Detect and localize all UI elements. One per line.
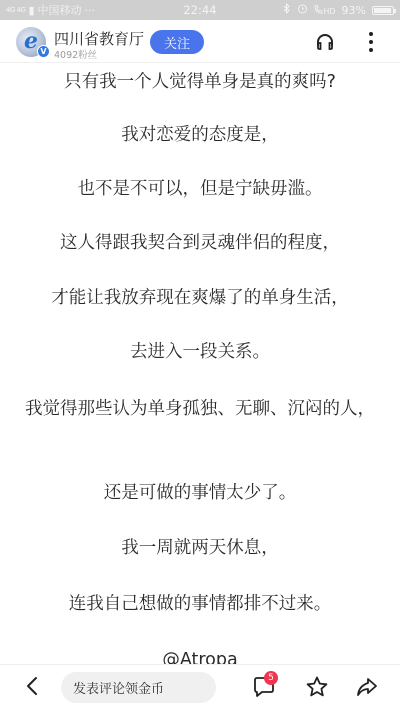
- paragraph: 还是可做的事情太少了。: [20, 480, 380, 506]
- headphones-icon[interactable]: [314, 31, 336, 53]
- battery-percent: 93%: [342, 4, 366, 17]
- avatar-logo: e: [24, 28, 38, 54]
- hd-call-icon: HD: [314, 5, 335, 16]
- paragraph: 也不是不可以，但是宁缺毋滥。: [20, 176, 380, 202]
- star-icon[interactable]: [305, 675, 329, 699]
- article-header: e V 四川省教育厅 4092粉丝 关注: [0, 20, 400, 63]
- share-icon[interactable]: [355, 675, 379, 699]
- paragraph: 连我自己想做的事情都排不过来。: [20, 591, 380, 617]
- notification-more-icon: ···: [85, 4, 96, 17]
- comment-count-badge: 5: [264, 671, 278, 685]
- signal-icon: 4G 4G: [6, 7, 25, 14]
- paragraph: 只有我一个人觉得单身是真的爽吗?: [20, 69, 380, 95]
- status-bar: 4G 4G ▮ 中国移动 ··· 22:44 HD 93%: [0, 0, 400, 20]
- account-name[interactable]: 四川省教育厅: [54, 28, 144, 49]
- hd-label: HD: [323, 7, 335, 16]
- verified-icon: V: [37, 45, 50, 58]
- back-arrow-icon[interactable]: [22, 675, 44, 697]
- bluetooth-icon: [283, 3, 291, 17]
- paragraph: 去进入一段关系。: [20, 339, 380, 365]
- carrier-name: 中国移动: [38, 2, 82, 18]
- paragraph: 这人得跟我契合到灵魂伴侣的程度，: [20, 230, 380, 256]
- signal-bars-icon: ▮: [28, 4, 34, 17]
- paragraph: 我觉得那些认为单身孤独、无聊、沉闷的人，: [20, 394, 380, 424]
- alarm-icon: [297, 3, 308, 17]
- bottom-action-bar: 发表评论领金币 5: [0, 665, 400, 711]
- author-credit: @Atropa: [20, 647, 380, 664]
- battery-icon: [372, 6, 394, 15]
- article-body: 只有我一个人觉得单身是真的爽吗? 我对恋爱的态度是， 也不是不可以，但是宁缺毋滥…: [0, 64, 400, 664]
- paragraph: 我一周就两天休息，: [20, 535, 380, 561]
- paragraph: 才能让我放弃现在爽爆了的单身生活，: [20, 285, 380, 311]
- comment-input[interactable]: 发表评论领金币: [61, 672, 216, 703]
- fan-count: 4092粉丝: [54, 47, 97, 61]
- more-options-icon[interactable]: [364, 30, 378, 54]
- avatar[interactable]: e V: [16, 27, 46, 57]
- paragraph: 我对恋爱的态度是，: [20, 122, 380, 148]
- follow-button[interactable]: 关注: [150, 30, 204, 54]
